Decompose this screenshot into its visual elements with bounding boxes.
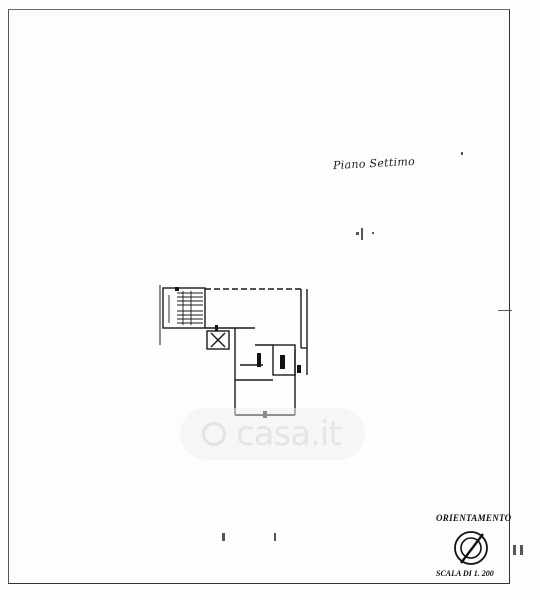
scan-mark (274, 533, 276, 541)
scan-mark (372, 232, 374, 234)
orientation-legend: ORIENTAMENTO SCALA DI 1. 200 (426, 505, 508, 583)
compass-icon (453, 530, 489, 566)
watermark-text: casa.it (236, 414, 341, 454)
scan-mark (361, 228, 363, 240)
house-logo-icon (202, 422, 226, 446)
scan-mark (513, 545, 516, 555)
scan-mark (356, 232, 359, 235)
floor-plan-drawing (155, 285, 320, 420)
scan-mark (498, 310, 512, 311)
floor-plan-sheet: Piano Settimo (0, 0, 540, 600)
scale-label: SCALA DI 1. 200 (436, 569, 494, 578)
watermark: casa.it (180, 408, 365, 460)
scan-mark (461, 152, 463, 155)
orientation-title: ORIENTAMENTO (436, 513, 511, 523)
scan-mark (222, 533, 225, 541)
scan-mark (520, 545, 523, 555)
